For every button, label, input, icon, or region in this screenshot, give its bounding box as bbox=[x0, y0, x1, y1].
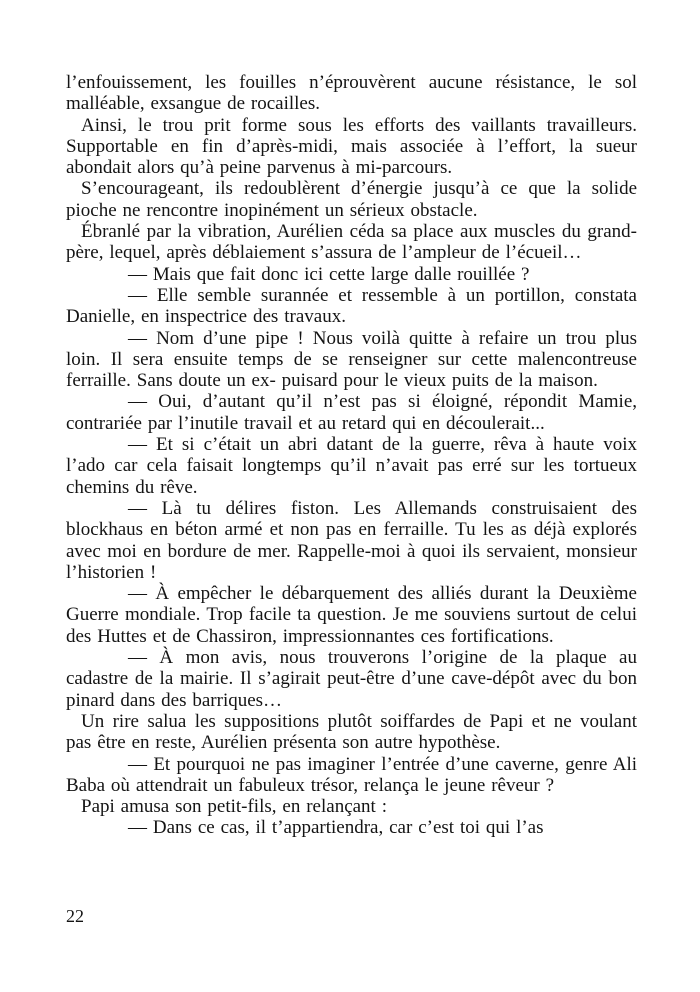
page-text: l’enfouissement, les fouilles n’éprouvèr… bbox=[66, 72, 637, 839]
paragraph: — Mais que fait donc ici cette large dal… bbox=[66, 264, 637, 285]
paragraph: — Là tu délires fiston. Les Allemands co… bbox=[66, 498, 637, 583]
paragraph: Ébranlé par la vibration, Aurélien céda … bbox=[66, 221, 637, 264]
paragraph: Papi amusa son petit-fils, en relançant … bbox=[66, 796, 637, 817]
paragraph: S’encourageant, ils redoublèrent d’énerg… bbox=[66, 178, 637, 221]
page-number: 22 bbox=[66, 905, 84, 927]
paragraph: — À empêcher le débarquement des alliés … bbox=[66, 583, 637, 647]
paragraph: — Dans ce cas, il t’appartiendra, car c’… bbox=[66, 817, 637, 838]
paragraph: Ainsi, le trou prit forme sous les effor… bbox=[66, 115, 637, 179]
paragraph: l’enfouissement, les fouilles n’éprouvèr… bbox=[66, 72, 637, 115]
paragraph: — Elle semble surannée et ressemble à un… bbox=[66, 285, 637, 328]
paragraph: — Et si c’était un abri datant de la gue… bbox=[66, 434, 637, 498]
paragraph: — À mon avis, nous trouverons l’origine … bbox=[66, 647, 637, 711]
paragraph: — Oui, d’autant qu’il n’est pas si éloig… bbox=[66, 391, 637, 434]
paragraph: — Nom d’une pipe ! Nous voilà quitte à r… bbox=[66, 328, 637, 392]
paragraph: Un rire salua les suppositions plutôt so… bbox=[66, 711, 637, 754]
book-page: l’enfouissement, les fouilles n’éprouvèr… bbox=[0, 0, 700, 992]
paragraph: — Et pourquoi ne pas imaginer l’entrée d… bbox=[66, 754, 637, 797]
